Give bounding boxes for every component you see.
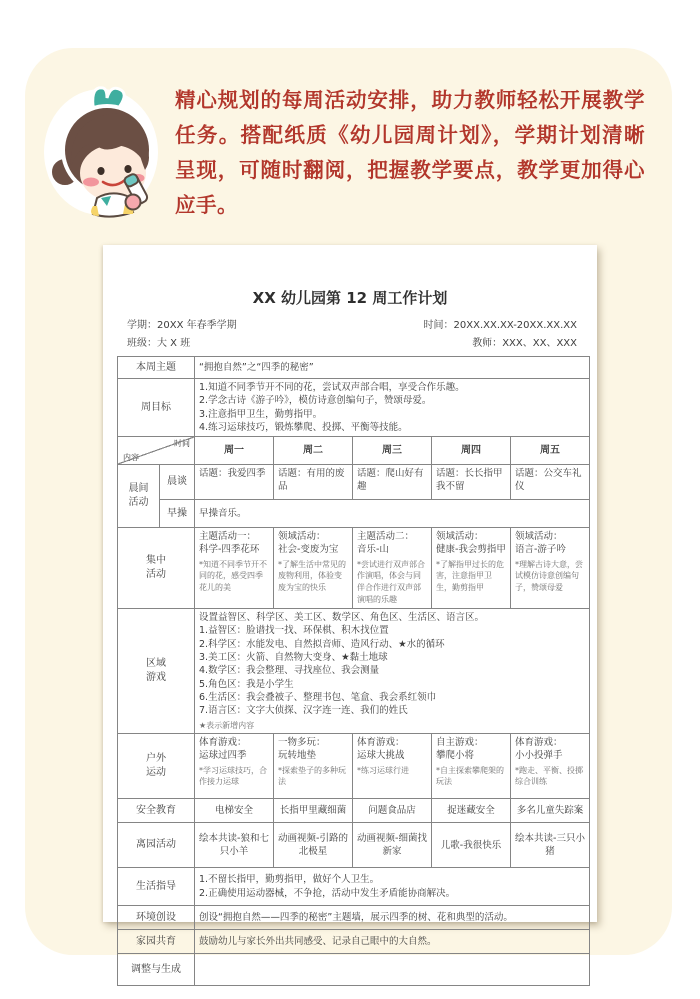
document-page: XX 幼儿园第 12 周工作计划 学期：20XX 年春季学期 时间：20XX.X…: [103, 245, 597, 922]
goal-line: 4.练习运球技巧，锻炼攀爬、投掷、平衡等技能。: [199, 421, 585, 434]
outdoor-note: *探索垫子的多种玩法: [278, 765, 348, 788]
focus-cell-monday: 主题活动一： 科学-四季花环 *知道不同季节开不同的花，感受四季花儿的美: [195, 528, 274, 609]
outdoor-cell-wednesday: 体育游戏： 运球大挑战 *练习运球行进: [353, 734, 432, 799]
weekly-plan-table: 本周主题 “拥抱自然”之“四季的秘密” 周目标 1.知道不同季节开不同的花，尝试…: [117, 356, 590, 986]
corner-cell: 时间 内容: [118, 437, 195, 465]
day-header-friday: 周五: [511, 437, 590, 465]
row-label-env: 环境创设: [118, 906, 195, 930]
outdoor-cell-tuesday: 一物多玩： 玩转地垫 *探索垫子的多种玩法: [274, 734, 353, 799]
row-label-leave: 离园活动: [118, 823, 195, 868]
focus-note: *尝试进行双声部合作演唱，体会与同伴合作进行双声部演唱的乐趣: [357, 559, 427, 605]
goal-line: 2.学念古诗《游子吟》，模仿诗意创编句子，赞颂母爱。: [199, 394, 585, 407]
life-line: 1.不留长指甲，勤剪指甲，做好个人卫生。: [199, 873, 585, 886]
outdoor-cell-monday: 体育游戏： 运球过四季 *学习运球技巧，合作接力运球: [195, 734, 274, 799]
safety-cell-friday: 多名儿童失踪案: [511, 799, 590, 823]
class-label: 班级：: [127, 338, 157, 349]
focus-title: 领域活动：: [515, 530, 585, 543]
talk-cell-tuesday: 话题：有用的废品: [274, 465, 353, 500]
focus-note: *理解古诗大意，尝试模仿诗意创编句子，赞颂母爱: [515, 559, 585, 594]
row-focus-activities: 集中活动 主题活动一： 科学-四季花环 *知道不同季节开不同的花，感受四季花儿的…: [118, 528, 590, 609]
row-goals: 周目标 1.知道不同季节开不同的花，尝试双声部合唱，享受合作乐趣。 2.学念古诗…: [118, 379, 590, 437]
focus-name: 健康-我会剪指甲: [436, 543, 506, 556]
outdoor-note: *学习运球技巧，合作接力运球: [199, 765, 269, 788]
girl-avatar-illustration: [41, 74, 163, 218]
row-adjust-generate: 调整与生成: [118, 954, 590, 986]
row-safety-education: 安全教育 电梯安全 长指甲里藏细菌 问题食品店 捉迷藏安全 多名儿童失踪案: [118, 799, 590, 823]
outdoor-title: 自主游戏：: [436, 736, 506, 749]
life-line: 2.正确使用运动器械，不争抢，活动中发生矛盾能协商解决。: [199, 887, 585, 900]
region-line: 7.语言区：文字大侦探、汉字连一连、我们的姓氏: [199, 704, 585, 717]
row-label-life: 生活指导: [118, 868, 195, 906]
row-label-adjust: 调整与生成: [118, 954, 195, 986]
teacher-field: 教师：XXX、XX、XXX: [472, 336, 577, 352]
talk-cell-monday: 话题：我爱四季: [195, 465, 274, 500]
talk-cell-wednesday: 话题：爬山好有趣: [353, 465, 432, 500]
focus-cell-wednesday: 主题活动二： 音乐-山 *尝试进行双声部合作演唱，体会与同伴合作进行双声部演唱的…: [353, 528, 432, 609]
exercise-value: 早操音乐。: [195, 500, 590, 528]
time-label: 时间：: [424, 320, 454, 331]
outdoor-note: *自主探索攀爬架的玩法: [436, 765, 506, 788]
meta-row-2: 班级：大 X 班 教师：XXX、XX、XXX: [127, 336, 577, 352]
outdoor-name: 玩转地垫: [278, 749, 348, 762]
theme-value: “拥抱自然”之“四季的秘密”: [195, 357, 590, 379]
outdoor-cell-friday: 体育游戏： 小小投弹手 *跑走、平衡、投掷综合训练: [511, 734, 590, 799]
page-title: XX 幼儿园第 12 周工作计划: [117, 287, 583, 308]
adjust-value: [195, 954, 590, 986]
outdoor-title: 体育游戏：: [515, 736, 585, 749]
row-label-outdoor: 户外运动: [118, 734, 195, 799]
talk-cell-friday: 话题：公交车礼仪: [511, 465, 590, 500]
focus-note: *了解指甲过长的危害，注意指甲卫生，勤剪指甲: [436, 559, 506, 594]
leave-cell-monday: 绘本共读-狼和七只小羊: [195, 823, 274, 868]
banner-text: 精心规划的每周活动安排，助力教师轻松开展教学任务。搭配纸质《幼儿园周计划》，学期…: [175, 83, 645, 223]
outdoor-note: *跑走、平衡、投掷综合训练: [515, 765, 585, 788]
leave-cell-thursday: 儿歌-我很快乐: [432, 823, 511, 868]
day-header-monday: 周一: [195, 437, 274, 465]
row-label-morning: 晨间活动: [118, 465, 160, 528]
leave-cell-friday: 绘本共读-三只小猪: [511, 823, 590, 868]
outdoor-cell-thursday: 自主游戏： 攀爬小将 *自主探索攀爬架的玩法: [432, 734, 511, 799]
focus-title: 领域活动：: [436, 530, 506, 543]
region-line: 6.生活区：我会叠被子、整理书包、笔盒、我会系红领巾: [199, 691, 585, 704]
focus-note: *知道不同季节开不同的花，感受四季花儿的美: [199, 559, 269, 594]
day-header-thursday: 周四: [432, 437, 511, 465]
row-life-guidance: 生活指导 1.不留长指甲，勤剪指甲，做好个人卫生。 2.正确使用运动器械，不争抢…: [118, 868, 590, 906]
region-line: 设置益智区、科学区、美工区、数学区、角色区、生活区、语言区。: [199, 611, 585, 624]
outdoor-note: *练习运球行进: [357, 765, 427, 777]
talk-cell-thursday: 话题：长长指甲我不留: [432, 465, 511, 500]
leave-cell-wednesday: 动画视频-细菌找新家: [353, 823, 432, 868]
region-line: 1.益智区：脸谱找一找、环保棋、积木找位置: [199, 624, 585, 637]
region-cell: 设置益智区、科学区、美工区、数学区、角色区、生活区、语言区。 1.益智区：脸谱找…: [195, 609, 590, 734]
env-value: 创设“拥抱自然——四季的秘密”主题墙，展示四季的树、花和典型的活动。: [195, 906, 590, 930]
row-environment-setup: 环境创设 创设“拥抱自然——四季的秘密”主题墙，展示四季的树、花和典型的活动。: [118, 906, 590, 930]
corner-content-label: 内容: [123, 452, 139, 463]
row-label-focus: 集中活动: [118, 528, 195, 609]
region-line: 5.角色区：我是小学生: [199, 678, 585, 691]
teacher-value: XXX、XX、XXX: [502, 338, 577, 349]
focus-name: 科学-四季花环: [199, 543, 269, 556]
region-line: 4.数学区：我会整理、寻找座位、我会测量: [199, 664, 585, 677]
goals-cell: 1.知道不同季节开不同的花，尝试双声部合唱，享受合作乐趣。 2.学念古诗《游子吟…: [195, 379, 590, 437]
teacher-label: 教师：: [472, 338, 502, 349]
outdoor-name: 运球过四季: [199, 749, 269, 762]
safety-cell-wednesday: 问题食品店: [353, 799, 432, 823]
row-leaving-activities: 离园活动 绘本共读-狼和七只小羊 动画视频-引路的北极星 动画视频-细菌找新家 …: [118, 823, 590, 868]
focus-cell-tuesday: 领域活动： 社会-变废为宝 *了解生活中常见的废物利用，体验变废为宝的快乐: [274, 528, 353, 609]
row-label-region: 区域游戏: [118, 609, 195, 734]
row-label-home: 家园共育: [118, 930, 195, 954]
safety-cell-tuesday: 长指甲里藏细菌: [274, 799, 353, 823]
row-home-coeducation: 家园共育 鼓励幼儿与家长外出共同感受、记录自己眼中的大自然。: [118, 930, 590, 954]
safety-cell-monday: 电梯安全: [195, 799, 274, 823]
focus-title: 主题活动二：: [357, 530, 427, 543]
corner-time-label: 时间: [174, 438, 190, 449]
focus-name: 社会-变废为宝: [278, 543, 348, 556]
semester-value: 20XX 年春季学期: [157, 320, 237, 331]
time-value: 20XX.XX.XX-20XX.XX.XX: [454, 320, 577, 331]
girl-avatar-svg: [41, 74, 163, 218]
outdoor-name: 小小投弹手: [515, 749, 585, 762]
focus-note: *了解生活中常见的废物利用，体验变废为宝的快乐: [278, 559, 348, 594]
semester-label: 学期：: [127, 320, 157, 331]
meta-row-1: 学期：20XX 年春季学期 时间：20XX.XX.XX-20XX.XX.XX: [127, 318, 577, 334]
focus-cell-friday: 领域活动： 语言-游子吟 *理解古诗大意，尝试模仿诗意创编句子，赞颂母爱: [511, 528, 590, 609]
row-label-goals: 周目标: [118, 379, 195, 437]
outdoor-title: 一物多玩：: [278, 736, 348, 749]
row-outdoor-sports: 户外运动 体育游戏： 运球过四季 *学习运球技巧，合作接力运球 一物多玩： 玩转…: [118, 734, 590, 799]
life-cell: 1.不留长指甲，勤剪指甲，做好个人卫生。 2.正确使用运动器械，不争抢，活动中发…: [195, 868, 590, 906]
promo-card: 精心规划的每周活动安排，助力教师轻松开展教学任务。搭配纸质《幼儿园周计划》，学期…: [25, 48, 672, 955]
row-label-safety: 安全教育: [118, 799, 195, 823]
region-line: 3.美工区：火箭、自然物大变身、★黏土地球: [199, 651, 585, 664]
row-label-talk: 晨谈: [160, 465, 195, 500]
row-day-header: 时间 内容 周一 周二 周三 周四 周五: [118, 437, 590, 465]
leave-cell-tuesday: 动画视频-引路的北极星: [274, 823, 353, 868]
focus-name: 音乐-山: [357, 543, 427, 556]
row-theme: 本周主题 “拥抱自然”之“四季的秘密”: [118, 357, 590, 379]
outdoor-title: 体育游戏：: [357, 736, 427, 749]
goal-line: 1.知道不同季节开不同的花，尝试双声部合唱，享受合作乐趣。: [199, 381, 585, 394]
focus-cell-thursday: 领域活动： 健康-我会剪指甲 *了解指甲过长的危害，注意指甲卫生，勤剪指甲: [432, 528, 511, 609]
row-label-exercise: 早操: [160, 500, 195, 528]
row-regional-games: 区域游戏 设置益智区、科学区、美工区、数学区、角色区、生活区、语言区。 1.益智…: [118, 609, 590, 734]
outdoor-title: 体育游戏：: [199, 736, 269, 749]
focus-title: 领域活动：: [278, 530, 348, 543]
day-header-wednesday: 周三: [353, 437, 432, 465]
row-morning-exercise: 早操 早操音乐。: [118, 500, 590, 528]
time-field: 时间：20XX.XX.XX-20XX.XX.XX: [424, 318, 577, 334]
focus-title: 主题活动一：: [199, 530, 269, 543]
class-value: 大 X 班: [157, 338, 190, 349]
class-field: 班级：大 X 班: [127, 336, 190, 352]
row-morning-talk: 晨间活动 晨谈 话题：我爱四季 话题：有用的废品 话题：爬山好有趣 话题：长长指…: [118, 465, 590, 500]
day-header-tuesday: 周二: [274, 437, 353, 465]
semester-field: 学期：20XX 年春季学期: [127, 318, 237, 334]
outdoor-name: 攀爬小将: [436, 749, 506, 762]
region-line: 2.科学区：水能发电、自然拟音师、造风行动、★水的循环: [199, 638, 585, 651]
outdoor-name: 运球大挑战: [357, 749, 427, 762]
region-footnote: ★表示新增内容: [199, 720, 585, 732]
home-value: 鼓励幼儿与家长外出共同感受、记录自己眼中的大自然。: [195, 930, 590, 954]
goal-line: 3.注意指甲卫生，勤剪指甲。: [199, 408, 585, 421]
focus-name: 语言-游子吟: [515, 543, 585, 556]
row-label-theme: 本周主题: [118, 357, 195, 379]
safety-cell-thursday: 捉迷藏安全: [432, 799, 511, 823]
